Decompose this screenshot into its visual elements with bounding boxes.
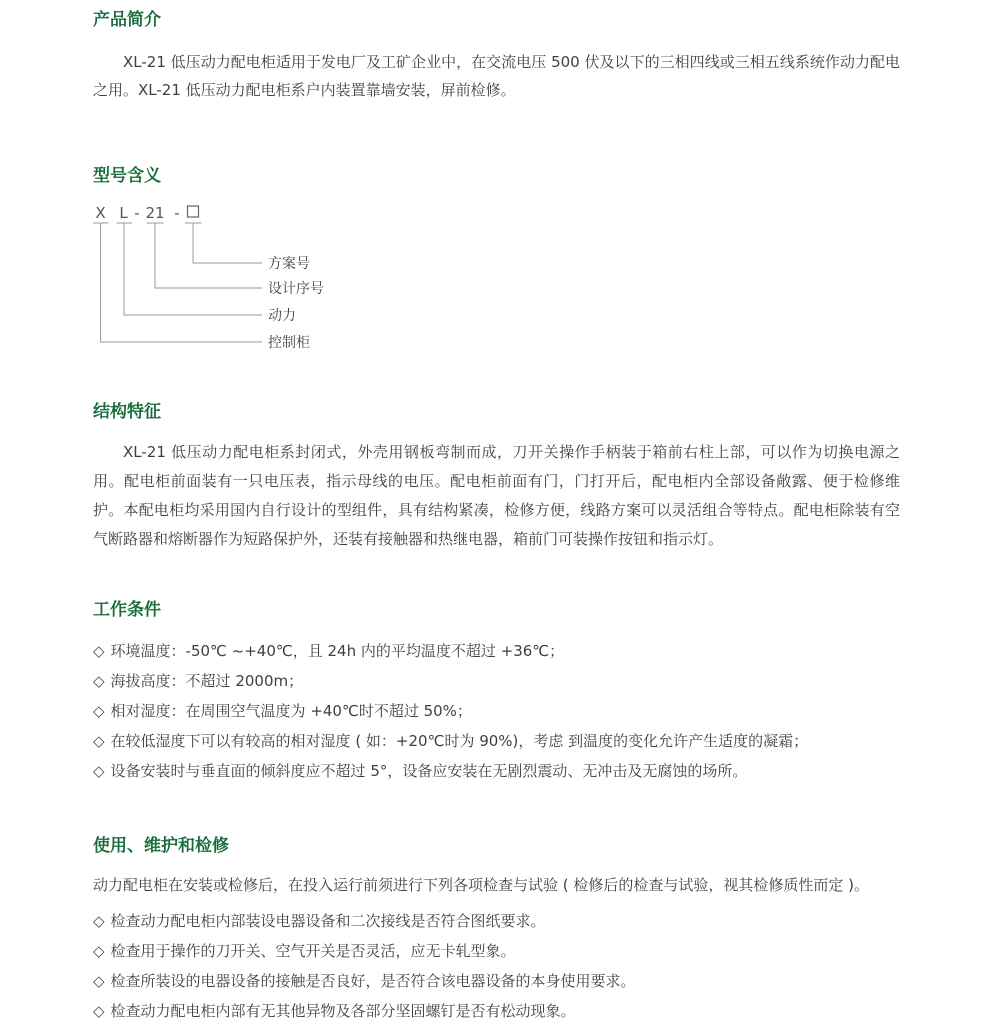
use-maintenance-intro: 动力配电柜在安装或检修后，在投入运行前须进行下列各项检查与试验 ( 检修后的检查… (93, 870, 900, 900)
bullet-item-text: 在较低湿度下可以有较高的相对湿度 ( 如：+20℃时为 90%)，考虑 到温度的… (111, 732, 809, 750)
leader-line-x (101, 223, 263, 342)
diamond-bullet-icon: ◇ (93, 756, 105, 786)
diagram-label-design-serial: 设计序号 (268, 280, 324, 297)
bullet-item-text: 设备安装时与垂直面的倾斜度应不超过 5°，设备应安装在无剧烈震动、无冲击及无腐蚀… (111, 762, 748, 780)
diamond-bullet-icon: ◇ (93, 996, 105, 1026)
code-part-box-icon (188, 206, 199, 217)
bullet-item-text: 检查动力配电柜内部有无其他异物及各部分坚固螺钉是否有松动现象。 (111, 1002, 576, 1020)
section-title-structure-features: 结构特征 (93, 400, 900, 424)
diagram-label-control-cabinet: 控制柜 (268, 334, 310, 351)
section-title-use-maintenance: 使用、维护和检修 (93, 834, 900, 858)
bullet-item: ◇检查所装设的电器设备的接触是否良好，是否符合该电器设备的本身使用要求。 (93, 966, 900, 996)
bullet-item-text: 检查用于操作的刀开关、空气开关是否灵活，应无卡轧型象。 (111, 942, 516, 960)
code-part-x: X (95, 204, 105, 222)
product-intro-paragraph: XL-21 低压动力配电柜适用于发电厂及工矿企业中，在交流电压 500 伏及以下… (93, 48, 900, 104)
structure-features-paragraph: XL-21 低压动力配电柜系封闭式，外壳用钢板弯制而成，刀开关操作手柄装于箱前右… (93, 438, 900, 554)
bullet-item-text: 海拔高度：不超过 2000m； (111, 672, 304, 690)
diamond-bullet-icon: ◇ (93, 936, 105, 966)
bullet-item-text: 检查动力配电柜内部装设电器设备和二次接线是否符合图纸要求。 (111, 912, 546, 930)
section-title-model-meaning: 型号含义 (93, 164, 900, 188)
section-working-conditions: 工作条件 ◇环境温度：-50℃ ~+40℃，且 24h 内的平均温度不超过 +3… (93, 598, 900, 786)
section-structure-features: 结构特征 XL-21 低压动力配电柜系封闭式，外壳用钢板弯制而成，刀开关操作手柄… (93, 400, 900, 554)
bullet-item: ◇检查用于操作的刀开关、空气开关是否灵活，应无卡轧型象。 (93, 936, 900, 966)
section-model-meaning: 型号含义 X L - 21 - 方案号 (93, 164, 900, 354)
bullet-item: ◇在较低湿度下可以有较高的相对湿度 ( 如：+20℃时为 90%)，考虑 到温度… (93, 726, 900, 756)
bullet-item-text: 环境温度：-50℃ ~+40℃，且 24h 内的平均温度不超过 +36℃； (111, 642, 565, 660)
section-title-product-intro: 产品简介 (93, 8, 900, 32)
use-maintenance-list: ◇检查动力配电柜内部装设电器设备和二次接线是否符合图纸要求。 ◇检查用于操作的刀… (93, 906, 900, 1026)
product-doc-page: 产品简介 XL-21 低压动力配电柜适用于发电厂及工矿企业中，在交流电压 500… (0, 8, 993, 1026)
section-use-maintenance: 使用、维护和检修 动力配电柜在安装或检修后，在投入运行前须进行下列各项检查与试验… (93, 834, 900, 1026)
bullet-item-text: 检查所装设的电器设备的接触是否良好，是否符合该电器设备的本身使用要求。 (111, 972, 636, 990)
model-code-diagram: X L - 21 - 方案号 设计序号 动力 控制 (93, 196, 900, 354)
section-product-intro: 产品简介 XL-21 低压动力配电柜适用于发电厂及工矿企业中，在交流电压 500… (93, 8, 900, 104)
bullet-item: ◇设备安装时与垂直面的倾斜度应不超过 5°，设备应安装在无剧烈震动、无冲击及无腐… (93, 756, 900, 786)
code-part-l: L (119, 204, 128, 222)
bullet-item-text: 相对湿度：在周围空气温度为 +40℃时不超过 50%； (111, 702, 472, 720)
code-part-dash2: - (174, 204, 179, 222)
diamond-bullet-icon: ◇ (93, 636, 105, 666)
leader-line-21 (155, 223, 262, 288)
bullet-item: ◇相对湿度：在周围空气温度为 +40℃时不超过 50%； (93, 696, 900, 726)
bullet-item: ◇海拔高度：不超过 2000m； (93, 666, 900, 696)
diamond-bullet-icon: ◇ (93, 966, 105, 996)
section-title-working-conditions: 工作条件 (93, 598, 900, 622)
code-part-21: 21 (145, 204, 164, 222)
diamond-bullet-icon: ◇ (93, 906, 105, 936)
bullet-item: ◇检查动力配电柜内部装设电器设备和二次接线是否符合图纸要求。 (93, 906, 900, 936)
bullet-item: ◇环境温度：-50℃ ~+40℃，且 24h 内的平均温度不超过 +36℃； (93, 636, 900, 666)
leader-line-box (193, 223, 262, 263)
diamond-bullet-icon: ◇ (93, 726, 105, 756)
diagram-label-scheme-no: 方案号 (268, 256, 310, 272)
diagram-label-power: 动力 (268, 307, 296, 324)
working-conditions-list: ◇环境温度：-50℃ ~+40℃，且 24h 内的平均温度不超过 +36℃； ◇… (93, 636, 900, 786)
bullet-item: ◇检查动力配电柜内部有无其他异物及各部分坚固螺钉是否有松动现象。 (93, 996, 900, 1026)
code-part-dash1: - (134, 204, 139, 222)
diamond-bullet-icon: ◇ (93, 696, 105, 726)
diamond-bullet-icon: ◇ (93, 666, 105, 696)
model-code-diagram-svg: X L - 21 - 方案号 设计序号 动力 控制 (93, 196, 433, 354)
